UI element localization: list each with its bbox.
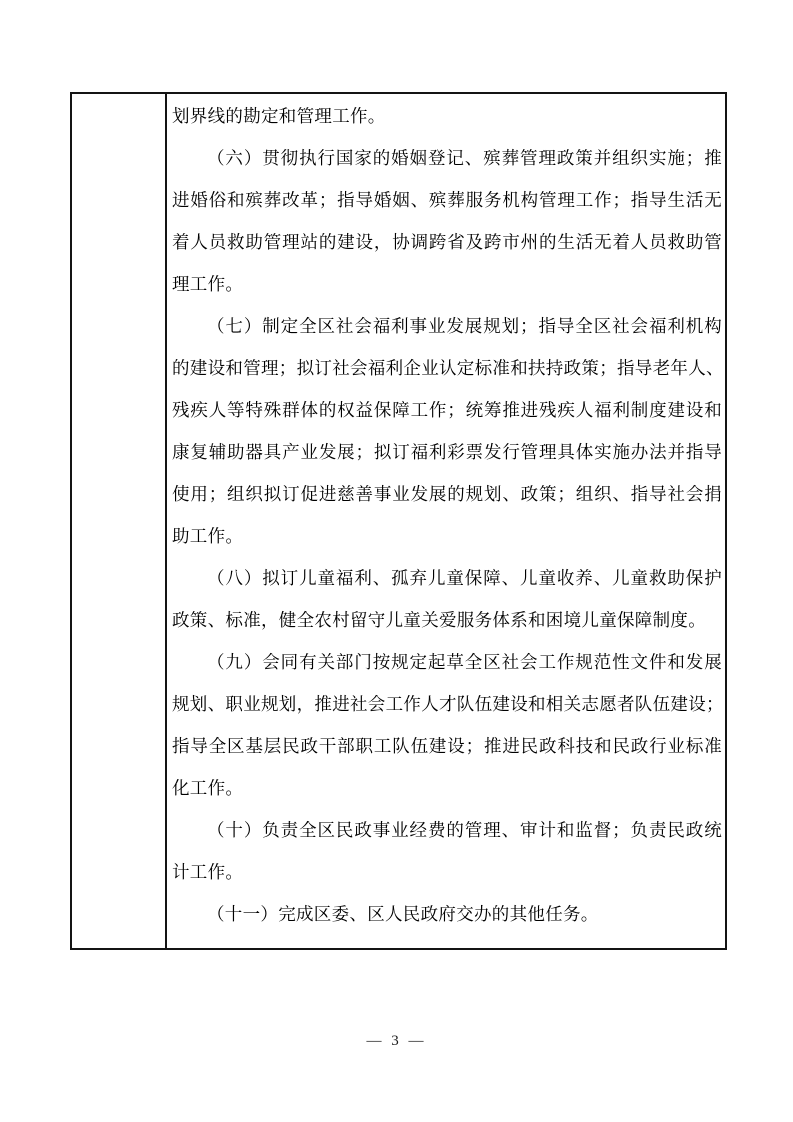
text-line: 助工作。 [172,515,722,557]
table-left-cell [72,94,167,948]
text-line: （十一）完成区委、区人民政府交办的其他任务。 [172,893,722,935]
text-line: 着人员救助管理站的建设，协调跨省及跨市州的生活无着人员救助管 [172,221,722,263]
page-number: — 3 — [0,1030,793,1052]
text-line: 使用；组织拟订促进慈善事业发展的规划、政策；组织、指导社会捐 [172,473,722,515]
text-line: 进婚俗和殡葬改革；指导婚姻、殡葬服务机构管理工作；指导生活无 [172,179,722,221]
text-line: 政策、标准，健全农村留守儿童关爱服务体系和困境儿童保障制度。 [172,599,722,641]
text-line: （九）会同有关部门按规定起草全区社会工作规范性文件和发展 [172,641,722,683]
text-line: （七）制定全区社会福利事业发展规划；指导全区社会福利机构 [172,305,722,347]
text-line: 规划、职业规划，推进社会工作人才队伍建设和相关志愿者队伍建设； [172,683,722,725]
duties-text-block: 划界线的勘定和管理工作。（六）贯彻执行国家的婚姻登记、殡葬管理政策并组织实施；推… [172,95,722,935]
text-line: 指导全区基层民政干部职工队伍建设；推进民政科技和民政行业标准 [172,725,722,767]
text-line: 理工作。 [172,263,722,305]
text-line: 划界线的勘定和管理工作。 [172,95,722,137]
duties-table: 划界线的勘定和管理工作。（六）贯彻执行国家的婚姻登记、殡葬管理政策并组织实施；推… [70,92,727,950]
text-line: （十）负责全区民政事业经费的管理、审计和监督；负责民政统 [172,809,722,851]
table-content-cell: 划界线的勘定和管理工作。（六）贯彻执行国家的婚姻登记、殡葬管理政策并组织实施；推… [167,94,725,948]
text-line: 残疾人等特殊群体的权益保障工作；统筹推进残疾人福利制度建设和 [172,389,722,431]
text-line: 化工作。 [172,767,722,809]
document-page: 划界线的勘定和管理工作。（六）贯彻执行国家的婚姻登记、殡葬管理政策并组织实施；推… [0,0,793,1122]
text-line: 的建设和管理；拟订社会福利企业认定标准和扶持政策；指导老年人、 [172,347,722,389]
text-line: 康复辅助器具产业发展；拟订福利彩票发行管理具体实施办法并指导 [172,431,722,473]
text-line: （八）拟订儿童福利、孤弃儿童保障、儿童收养、儿童救助保护 [172,557,722,599]
text-line: 计工作。 [172,851,722,893]
text-line: （六）贯彻执行国家的婚姻登记、殡葬管理政策并组织实施；推 [172,137,722,179]
